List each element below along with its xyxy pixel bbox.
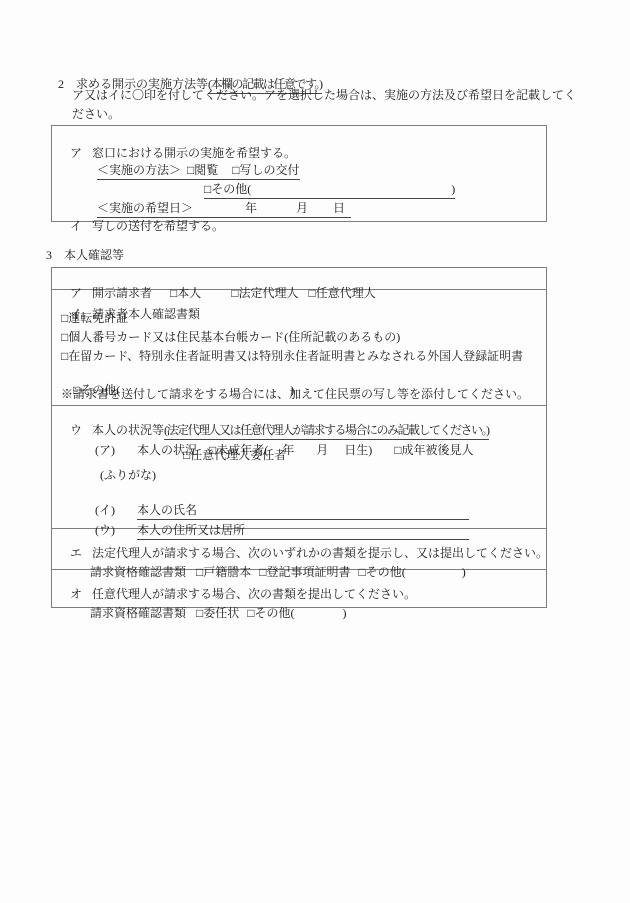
voluntary-agent-docs-line: 請求資格確認書類□委任状□その他(): [78, 591, 347, 636]
month-label: 月: [296, 201, 308, 215]
checkbox-residence-card: □在留カード、特別永住者証明書又は特別永住者証明書とみなされる外国人登録証明書: [61, 349, 523, 364]
birth-day-label: 日生): [344, 443, 372, 457]
checkbox-voluntary-agent: □任意代理人: [309, 286, 376, 300]
section2-instruction-line2: ださい。: [72, 107, 120, 122]
birth-month-label: 月: [316, 443, 328, 457]
day-label: 日: [333, 201, 345, 215]
table1-row-i-label: イ: [70, 219, 92, 234]
table1-row-i-title-line: イ写しの送付を希望する。: [58, 204, 224, 249]
checkbox-adult-ward: □成年被後見人: [394, 443, 473, 457]
checkbox-mynumber-card: □個人番号カード又は住民基本台帳カード(住所記載のあるもの): [61, 330, 400, 345]
sub-a-label: (ア): [95, 443, 137, 458]
document-page: 2 求める開示の実施方法等(本欄の記載は任意です。) ア又はイに〇印を付してくだ…: [0, 0, 630, 903]
checkbox-legal-agent: □法定代理人: [231, 286, 298, 300]
furigana-label: (ふりがな): [100, 468, 156, 483]
checkbox-drivers-license: □運転免許証: [61, 311, 128, 326]
section2-instruction-line1: ア又はイに〇印を付してください。アを選択した場合は、実施の方法及び希望日を記載し…: [72, 88, 576, 103]
section3-heading: 3 本人確認等: [46, 248, 124, 263]
mail-request-note: ※請求書を送付して請求をする場合には、加えて住民票の写し等を添付してください。: [61, 387, 529, 402]
checkbox-voluntary-delegator: □任意代理人委任者: [183, 448, 286, 463]
other-close-paren: ): [451, 182, 455, 196]
year-label: 年: [245, 201, 257, 215]
legal-other-close-paren: ): [462, 565, 466, 579]
table1-row-i-title: 写しの送付を希望する。: [92, 219, 224, 233]
voluntary-other-close-paren: ): [343, 606, 347, 620]
checkbox-voluntary-other: □その他(: [247, 606, 294, 620]
voluntary-docs-label: 請求資格確認書類: [90, 606, 186, 620]
checkbox-power-of-attorney: □委任状: [196, 606, 239, 620]
method-label: ＜実施の方法＞: [97, 163, 181, 177]
